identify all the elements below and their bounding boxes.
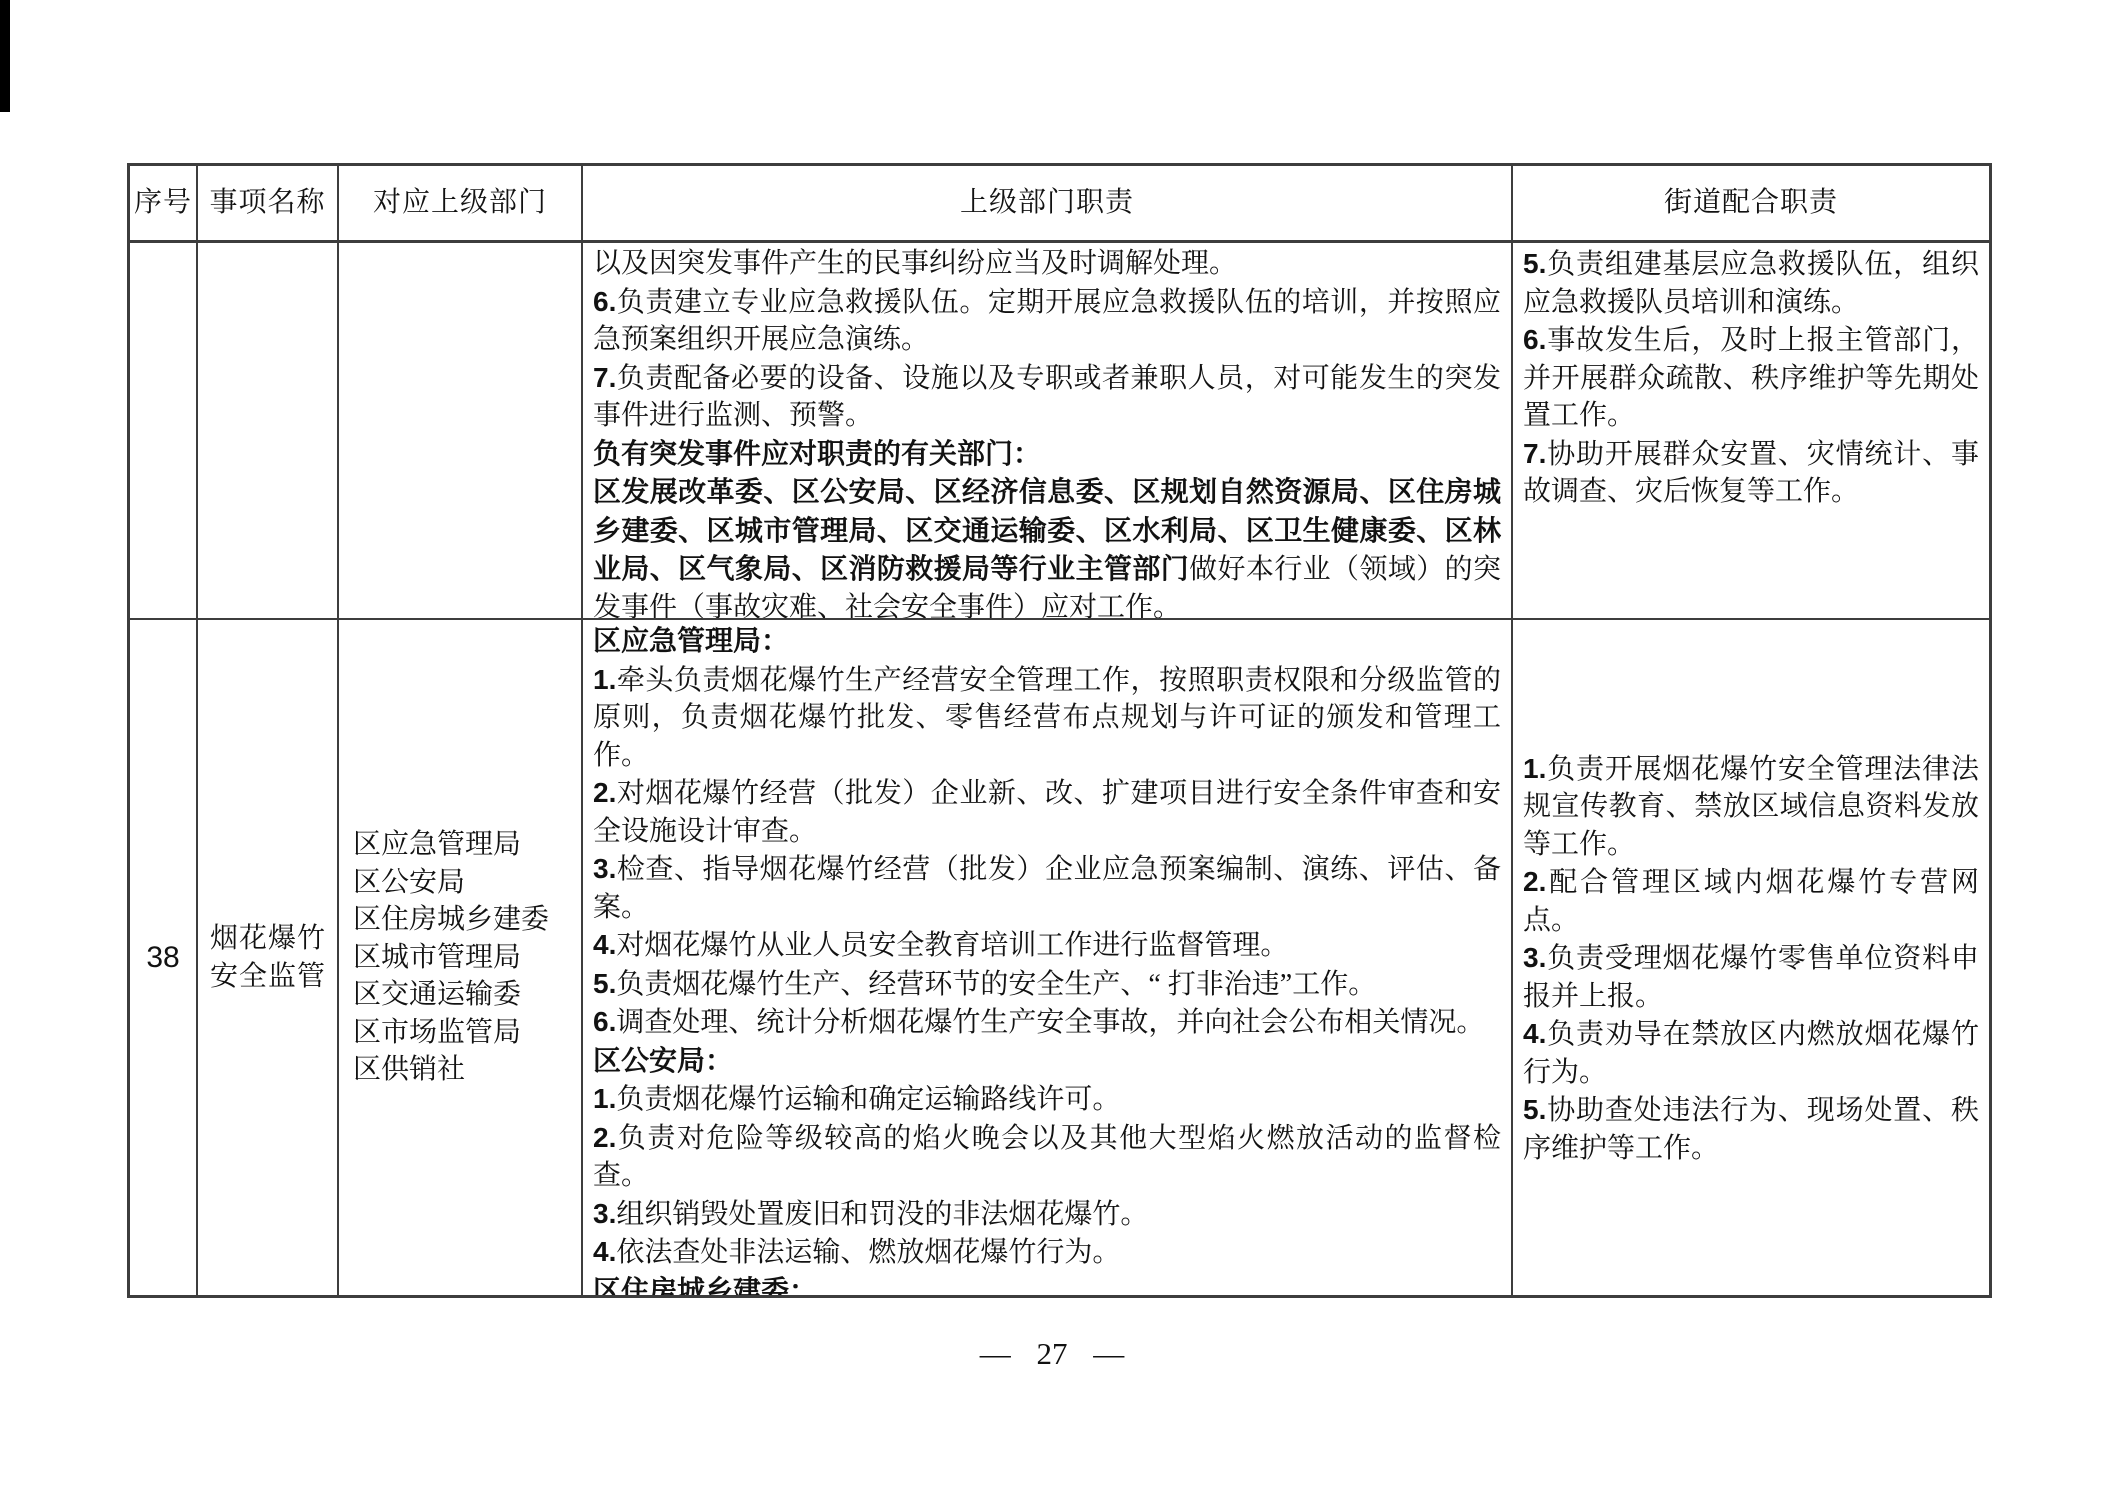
row1-seq-cell xyxy=(130,243,198,620)
department-line: 区应急管理局 xyxy=(353,826,573,864)
duty-item: 7.协助开展群众安置、灾情统计、事故调查、灾后恢复等工作。 xyxy=(1523,435,1979,511)
department-line: 区公安局 xyxy=(353,864,573,902)
duty-item: 1.负责开展烟花爆竹安全管理法律法规宣传教育、禁放区域信息资料发放等工作。 xyxy=(1523,750,1979,864)
row1-departments-cell xyxy=(339,243,583,620)
scan-edge-artifact xyxy=(0,0,10,112)
document-page: { "table": { "headers": ["序号", "事项名称", "… xyxy=(0,0,2104,1488)
department-line: 区住房城乡建委 xyxy=(353,901,573,939)
department-line: 区供销社 xyxy=(353,1051,573,1089)
row2-street-duties-cell: 1.负责开展烟花爆竹安全管理法律法规宣传教育、禁放区域信息资料发放等工作。2.配… xyxy=(1513,620,1989,1295)
duty-item: 1.负责烟花爆竹运输和确定运输路线许可。 xyxy=(593,1080,1501,1119)
row2-departments-cell: 区应急管理局区公安局区住房城乡建委区城市管理局区交通运输委区市场监管局区供销社 xyxy=(339,620,583,1295)
responsibilities-table: 序号 事项名称 对应上级部门 上级部门职责 街道配合职责 以及因突发事件产生的民… xyxy=(127,163,1992,1298)
duty-item: 2.负责对危险等级较高的焰火晚会以及其他大型焰火燃放活动的监督检查。 xyxy=(593,1119,1501,1195)
duty-item: 6.调查处理、统计分析烟花爆竹生产安全事故，并向社会公布相关情况。 xyxy=(593,1003,1501,1042)
header-superior-department: 对应上级部门 xyxy=(339,166,583,243)
duty-item: 4.负责劝导在禁放区内燃放烟花爆竹行为。 xyxy=(1523,1015,1979,1091)
duty-item: 5.负责烟花爆竹生产、经营环节的安全生产、“ 打非治违”工作。 xyxy=(593,965,1501,1004)
duty-item: 6.事故发生后，及时上报主管部门，并开展群众疏散、秩序维护等先期处置工作。 xyxy=(1523,321,1979,435)
row2-name-cell: 烟花爆竹安全监管 xyxy=(198,620,339,1295)
duty-item: 区公安局： xyxy=(593,1042,1501,1081)
duty-item: 5.协助查处违法行为、现场处置、秩序维护等工作。 xyxy=(1523,1091,1979,1167)
duty-item: 区应急管理局： xyxy=(593,622,1501,661)
duty-item: 6.负责建立专业应急救援队伍。定期开展应急救援队伍的培训，并按照应急预案组织开展… xyxy=(593,283,1501,359)
duty-item: 2.配合管理区域内烟花爆竹专营网点。 xyxy=(1523,863,1979,939)
duty-item: 负有突发事件应对职责的有关部门： xyxy=(593,435,1501,474)
row2-seq-cell: 38 xyxy=(130,620,198,1295)
duty-item: 3.组织销毁处置废旧和罚没的非法烟花爆竹。 xyxy=(593,1195,1501,1234)
row2-superior-duties-cell: 区应急管理局：1.牵头负责烟花爆竹生产经营安全管理工作，按照职责权限和分级监管的… xyxy=(583,620,1513,1295)
duty-item: 4.依法查处非法运输、燃放烟花爆竹行为。 xyxy=(593,1233,1501,1272)
duty-item: 区住房城乡建委： xyxy=(593,1272,1501,1296)
duty-item: 区发展改革委、区公安局、区经济信息委、区规划自然资源局、区住房城乡建委、区城市管… xyxy=(593,473,1501,620)
header-seq: 序号 xyxy=(130,166,198,243)
row1-street-duties-cell: 5.负责组建基层应急救援队伍，组织应急救援队员培训和演练。6.事故发生后，及时上… xyxy=(1513,243,1989,620)
page-number: — 27 — xyxy=(0,1336,2104,1372)
row2-item-name: 烟花爆竹安全监管 xyxy=(210,920,325,995)
department-line: 区市场监管局 xyxy=(353,1014,573,1052)
duty-item: 5.负责组建基层应急救援队伍，组织应急救援队员培训和演练。 xyxy=(1523,245,1979,321)
duty-item: 4.对烟花爆竹从业人员安全教育培训工作进行监督管理。 xyxy=(593,926,1501,965)
row1-name-cell xyxy=(198,243,339,620)
row1-superior-duties-cell: 以及因突发事件产生的民事纠纷应当及时调解处理。6.负责建立专业应急救援队伍。定期… xyxy=(583,243,1513,620)
duty-item: 1.牵头负责烟花爆竹生产经营安全管理工作，按照职责权限和分级监管的原则，负责烟花… xyxy=(593,661,1501,775)
duty-item: 以及因突发事件产生的民事纠纷应当及时调解处理。 xyxy=(593,245,1501,283)
duty-item: 3.负责受理烟花爆竹零售单位资料申报并上报。 xyxy=(1523,939,1979,1015)
duty-item: 2.对烟花爆竹经营（批发）企业新、改、扩建项目进行安全条件审查和安全设施设计审查… xyxy=(593,774,1501,850)
department-line: 区交通运输委 xyxy=(353,976,573,1014)
duty-item: 7.负责配备必要的设备、设施以及专职或者兼职人员，对可能发生的突发事件进行监测、… xyxy=(593,359,1501,435)
header-street-duties: 街道配合职责 xyxy=(1513,166,1989,243)
header-superior-duties: 上级部门职责 xyxy=(583,166,1513,243)
header-item-name: 事项名称 xyxy=(198,166,339,243)
department-line: 区城市管理局 xyxy=(353,939,573,977)
duty-item: 3.检查、指导烟花爆竹经营（批发）企业应急预案编制、演练、评估、备案。 xyxy=(593,850,1501,926)
